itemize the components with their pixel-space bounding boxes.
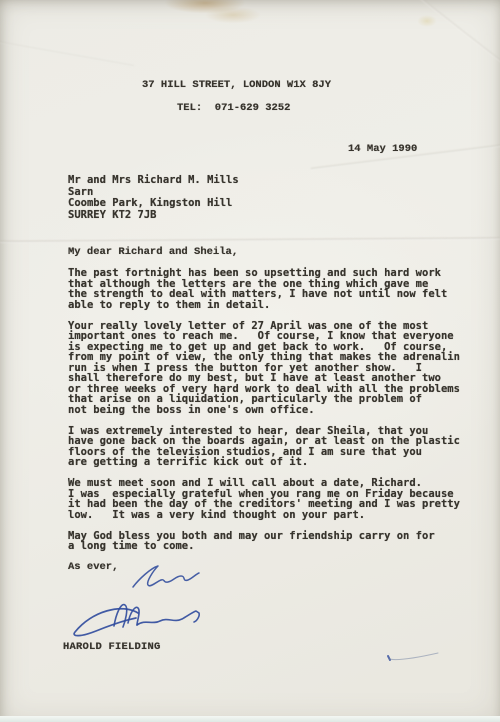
- typed-signature-name: HAROLD FIELDING: [63, 642, 161, 653]
- letterhead-telephone: TEL: 071-629 3252: [177, 103, 290, 114]
- paper-crease-top-left: [0, 39, 134, 67]
- letter-date: 14 May 1990: [348, 144, 417, 155]
- closing-as-ever: As ever,: [68, 562, 118, 573]
- paragraph-1: The past fortnight has been so upsetting…: [68, 268, 478, 310]
- paragraph-2: Your really lovely letter of 27 April wa…: [68, 321, 478, 416]
- scan-edge-band: [0, 716, 500, 722]
- recipient-address-block: Mr and Mrs Richard M. Mills Sarn Coombe …: [68, 175, 239, 221]
- paper-fold-crease-horizontal: [0, 237, 500, 242]
- letter-body: The past fortnight has been so upsetting…: [68, 268, 478, 562]
- paragraph-4: We must meet soon and I will call about …: [68, 478, 478, 520]
- paragraph-5: May God bless you both and may our frien…: [68, 531, 478, 552]
- paper-crease-top-right-corner: [418, 0, 500, 74]
- stray-pen-mark: [384, 648, 442, 666]
- paragraph-3: I was extremely interested to hear, dear…: [68, 426, 478, 468]
- salutation: My dear Richard and Sheila,: [68, 247, 238, 258]
- letterhead-address: 37 HILL STREET, LONDON W1X 8JY: [142, 80, 331, 91]
- letter-page: 37 HILL STREET, LONDON W1X 8JY TEL: 071-…: [0, 0, 500, 722]
